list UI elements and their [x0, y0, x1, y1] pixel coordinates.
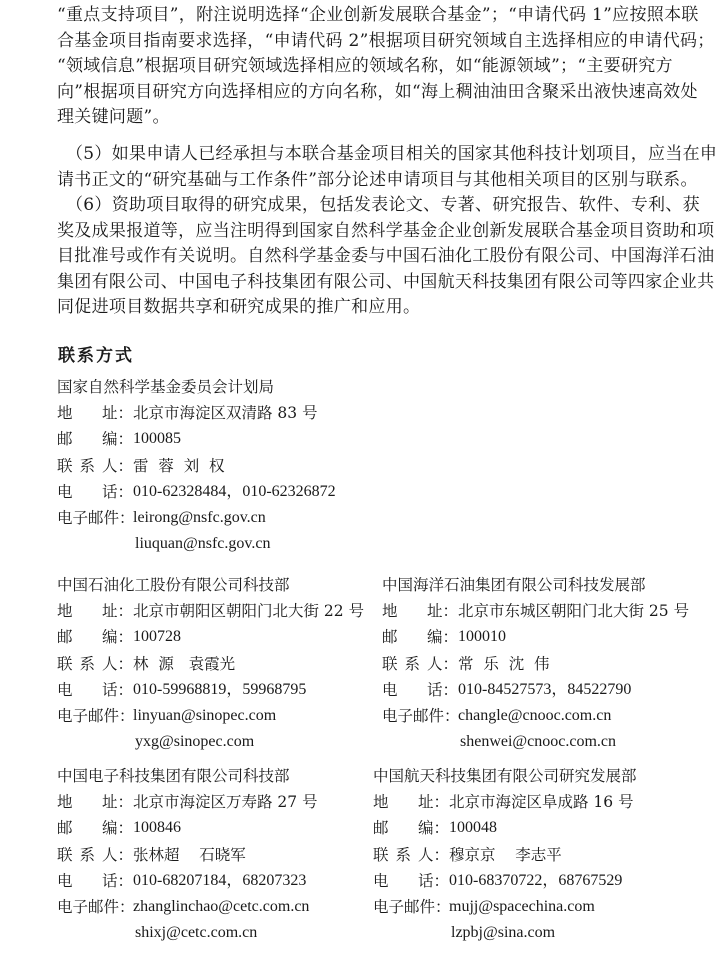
contact-person-value: 穆京京 李志平: [449, 842, 562, 868]
text-line: （5）如果申请人已经承担与本联合基金项目相关的国家其他科技计划项目，应当在申: [66, 142, 716, 168]
postcode-label: 邮编：: [382, 624, 458, 650]
contact-block-cnooc: 中国海洋石油集团有限公司科技发展部 地址： 北京市东城区朝阳门北大街 25 号 …: [382, 572, 689, 755]
email-label: 电子邮件：: [57, 505, 133, 531]
paragraph-item-4-continued: “重点支持项目”，附注说明选择“企业创新发展联合基金”；“申请代码 1”应按照本…: [57, 3, 707, 131]
phone-label: 电话：: [382, 677, 458, 703]
address-value: 北京市朝阳区朝阳门北大街 22 号: [133, 598, 364, 624]
postcode-row: 邮编： 100048: [373, 815, 637, 841]
address-row: 地址： 北京市海淀区阜成路 16 号: [373, 789, 637, 815]
email-link[interactable]: lzpbj@sina.com: [373, 920, 637, 946]
text-line: 目批准号或作有关说明。自然科学基金委与中国石油化工股份有限公司、中国海洋石油: [57, 244, 716, 270]
org-name: 国家自然科学基金委员会计划局: [57, 374, 336, 400]
contact-block-casc: 中国航天科技集团有限公司研究发展部 地址： 北京市海淀区阜成路 16 号 邮编：…: [373, 763, 637, 946]
postcode-value: 100846: [133, 815, 181, 841]
phone-value: 010-84527573，84522790: [458, 677, 631, 703]
phone-value: 010-68207184，68207323: [133, 868, 306, 894]
postcode-row: 邮编： 100085: [57, 426, 336, 452]
contact-person-row: 联系人： 张林超 石晓军: [57, 842, 318, 868]
address-row: 地址： 北京市东城区朝阳门北大街 25 号: [382, 598, 689, 624]
phone-value: 010-59968819，59968795: [133, 677, 306, 703]
address-label: 地址：: [57, 598, 133, 624]
email-link[interactable]: mujj@spacechina.com: [449, 894, 595, 920]
address-row: 地址： 北京市海淀区万寿路 27 号: [57, 789, 318, 815]
contact-person-label: 联系人：: [373, 842, 449, 868]
address-label: 地址：: [57, 789, 133, 815]
postcode-label: 邮编：: [57, 624, 133, 650]
postcode-value: 100728: [133, 624, 181, 650]
phone-row: 电话： 010-68370722，68767529: [373, 868, 637, 894]
contact-block-cetc: 中国电子科技集团有限公司科技部 地址： 北京市海淀区万寿路 27 号 邮编： 1…: [57, 763, 318, 946]
org-name: 中国石油化工股份有限公司科技部: [57, 572, 364, 598]
phone-row: 电话： 010-84527573，84522790: [382, 677, 689, 703]
address-row: 地址： 北京市海淀区双清路 83 号: [57, 400, 336, 426]
text-line: 请书正文的“研究基础与工作条件”部分论述申请项目与其他相关项目的区别与联系。: [57, 168, 716, 194]
email-label: 电子邮件：: [57, 703, 133, 729]
org-name: 中国航天科技集团有限公司研究发展部: [373, 763, 637, 789]
email-row: 电子邮件： zhanglinchao@cetc.com.cn: [57, 894, 318, 920]
email-link[interactable]: linyuan@sinopec.com: [133, 703, 276, 729]
contact-person-label: 联系人：: [57, 651, 133, 677]
email-label: 电子邮件：: [382, 703, 458, 729]
address-value: 北京市海淀区万寿路 27 号: [133, 789, 318, 815]
phone-row: 电话： 010-62328484，010-62326872: [57, 479, 336, 505]
email-link[interactable]: leirong@nsfc.gov.cn: [133, 505, 266, 531]
address-label: 地址：: [57, 400, 133, 426]
address-value: 北京市海淀区阜成路 16 号: [449, 789, 634, 815]
postcode-value: 100010: [458, 624, 506, 650]
postcode-row: 邮编： 100846: [57, 815, 318, 841]
text-line: 同促进项目数据共享和研究成果的推广和应用。: [57, 295, 716, 321]
email-label: 电子邮件：: [57, 894, 133, 920]
postcode-label: 邮编：: [57, 815, 133, 841]
address-row: 地址： 北京市朝阳区朝阳门北大街 22 号: [57, 598, 364, 624]
text-line: 向”根据项目研究方向选择相应的方向名称，如“海上稠油油田含聚采出液快速高效处: [57, 80, 707, 106]
contact-person-label: 联系人：: [382, 651, 458, 677]
email-link[interactable]: shixj@cetc.com.cn: [57, 920, 318, 946]
phone-label: 电话：: [57, 868, 133, 894]
contact-block-nsfc: 国家自然科学基金委员会计划局 地址： 北京市海淀区双清路 83 号 邮编： 10…: [57, 374, 336, 557]
paragraph-item-5: （5）如果申请人已经承担与本联合基金项目相关的国家其他科技计划项目，应当在申 请…: [66, 142, 716, 193]
contact-person-row: 联系人： 雷 蓉 刘 权: [57, 453, 336, 479]
org-name: 中国海洋石油集团有限公司科技发展部: [382, 572, 689, 598]
paragraph-item-6: （6）资助项目取得的研究成果，包括发表论文、专著、研究报告、软件、专利、获 奖及…: [66, 193, 716, 321]
email-row: 电子邮件： leirong@nsfc.gov.cn: [57, 505, 336, 531]
postcode-label: 邮编：: [57, 426, 133, 452]
text-line: 合基金项目指南要求选择，“申请代码 2”根据项目研究领域自主选择相应的申请代码；: [57, 29, 707, 55]
email-row: 电子邮件： changle@cnooc.com.cn: [382, 703, 689, 729]
postcode-value: 100085: [133, 426, 181, 452]
phone-label: 电话：: [57, 479, 133, 505]
address-value: 北京市海淀区双清路 83 号: [133, 400, 318, 426]
address-value: 北京市东城区朝阳门北大街 25 号: [458, 598, 689, 624]
contact-person-value: 林 源 袁霞光: [133, 651, 235, 677]
contact-person-value: 雷 蓉 刘 权: [133, 453, 225, 479]
email-row: 电子邮件： linyuan@sinopec.com: [57, 703, 364, 729]
phone-row: 电话： 010-59968819，59968795: [57, 677, 364, 703]
contact-person-value: 张林超 石晓军: [133, 842, 246, 868]
text-line: （6）资助项目取得的研究成果，包括发表论文、专著、研究报告、软件、专利、获: [66, 193, 716, 219]
email-link[interactable]: zhanglinchao@cetc.com.cn: [133, 894, 309, 920]
contact-person-value: 常 乐 沈 伟: [458, 651, 550, 677]
text-line: “重点支持项目”，附注说明选择“企业创新发展联合基金”；“申请代码 1”应按照本…: [57, 3, 707, 29]
org-name: 中国电子科技集团有限公司科技部: [57, 763, 318, 789]
contact-person-label: 联系人：: [57, 453, 133, 479]
contact-person-row: 联系人： 林 源 袁霞光: [57, 651, 364, 677]
text-line: “领域信息”根据项目研究领域选择相应的领域名称，如“能源领域”；“主要研究方: [57, 54, 707, 80]
phone-row: 电话： 010-68207184，68207323: [57, 868, 318, 894]
phone-value: 010-62328484，010-62326872: [133, 479, 336, 505]
email-link[interactable]: changle@cnooc.com.cn: [458, 703, 611, 729]
email-row: 电子邮件： mujj@spacechina.com: [373, 894, 637, 920]
contact-heading: 联系方式: [58, 341, 134, 366]
address-label: 地址：: [373, 789, 449, 815]
postcode-label: 邮编：: [373, 815, 449, 841]
contact-person-row: 联系人： 常 乐 沈 伟: [382, 651, 689, 677]
text-line: 理关键问题”。: [57, 105, 707, 131]
email-label: 电子邮件：: [373, 894, 449, 920]
text-line: 奖及成果报道等，应当注明得到国家自然科学基金企业创新发展联合基金项目资助和项: [57, 219, 716, 245]
postcode-row: 邮编： 100010: [382, 624, 689, 650]
phone-label: 电话：: [373, 868, 449, 894]
postcode-value: 100048: [449, 815, 497, 841]
contact-person-row: 联系人： 穆京京 李志平: [373, 842, 637, 868]
postcode-row: 邮编： 100728: [57, 624, 364, 650]
contact-block-sinopec: 中国石油化工股份有限公司科技部 地址： 北京市朝阳区朝阳门北大街 22 号 邮编…: [57, 572, 364, 755]
text-line: 集团有限公司、中国电子科技集团有限公司、中国航天科技集团有限公司等四家企业共: [57, 270, 716, 296]
phone-label: 电话：: [57, 677, 133, 703]
email-link[interactable]: shenwei@cnooc.com.cn: [382, 729, 689, 755]
email-link[interactable]: liuquan@nsfc.gov.cn: [57, 531, 336, 557]
address-label: 地址：: [382, 598, 458, 624]
phone-value: 010-68370722，68767529: [449, 868, 622, 894]
email-link[interactable]: yxg@sinopec.com: [57, 729, 364, 755]
contact-person-label: 联系人：: [57, 842, 133, 868]
